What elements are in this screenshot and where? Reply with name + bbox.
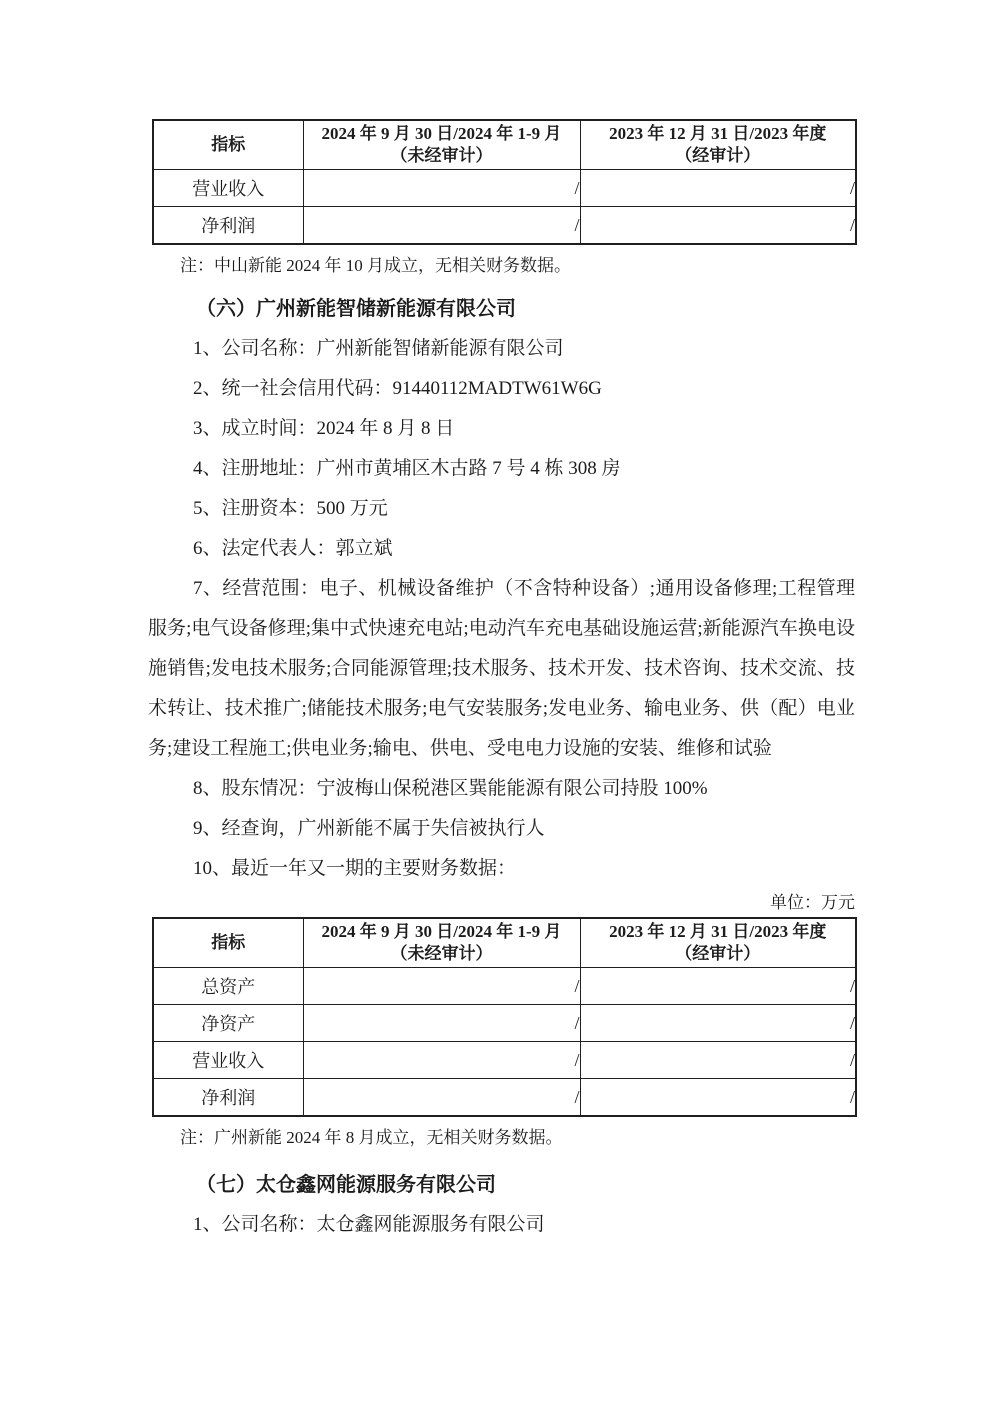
- header-2024-line1: 2024 年 9 月 30 日/2024 年 1-9 月: [304, 921, 580, 943]
- header-2023-line1: 2023 年 12 月 31 日/2023 年度: [581, 921, 856, 943]
- header-indicator: 指标: [153, 918, 303, 968]
- header-2023-period: 2023 年 12 月 31 日/2023 年度 （经审计）: [580, 120, 856, 170]
- financial-table-guangzhou: 指标 2024 年 9 月 30 日/2024 年 1-9 月 （未经审计） 2…: [152, 917, 857, 1117]
- table-header-row: 指标 2024 年 9 月 30 日/2024 年 1-9 月 （未经审计） 2…: [153, 120, 856, 170]
- header-2024-period: 2024 年 9 月 30 日/2024 年 1-9 月 （未经审计）: [303, 918, 580, 968]
- header-2023-line2: （经审计）: [581, 943, 856, 965]
- table-row: 总资产 / /: [153, 968, 856, 1005]
- table-note-zhongshan: 注：中山新能 2024 年 10 月成立，无相关财务数据。: [148, 251, 855, 281]
- row-label: 总资产: [153, 968, 303, 1005]
- row-value-2023: /: [580, 207, 856, 245]
- row-label: 营业收入: [153, 170, 303, 207]
- item-credit-check: 9、经查询，广州新能不属于失信被执行人: [148, 809, 855, 849]
- table-note-guangzhou: 注：广州新能 2024 年 8 月成立，无相关财务数据。: [148, 1123, 855, 1153]
- row-value-2024: /: [303, 207, 580, 245]
- table-row: 净利润 / /: [153, 207, 856, 245]
- document-page: 指标 2024 年 9 月 30 日/2024 年 1-9 月 （未经审计） 2…: [0, 0, 1000, 1414]
- item-registered-capital: 5、注册资本：500 万元: [148, 489, 855, 529]
- header-2024-line2: （未经审计）: [304, 943, 580, 965]
- table-header-row: 指标 2024 年 9 月 30 日/2024 年 1-9 月 （未经审计） 2…: [153, 918, 856, 968]
- header-2024-period: 2024 年 9 月 30 日/2024 年 1-9 月 （未经审计）: [303, 120, 580, 170]
- row-value-2023: /: [580, 968, 856, 1005]
- item-registered-address: 4、注册地址：广州市黄埔区木古路 7 号 4 栋 308 房: [148, 449, 855, 489]
- item-founding-date: 3、成立时间：2024 年 8 月 8 日: [148, 409, 855, 449]
- item-company-name: 1、公司名称：广州新能智储新能源有限公司: [148, 329, 855, 369]
- item-legal-representative: 6、法定代表人：郭立斌: [148, 529, 855, 569]
- row-label: 营业收入: [153, 1042, 303, 1079]
- unit-label: 单位：万元: [148, 889, 855, 917]
- header-2023-period: 2023 年 12 月 31 日/2023 年度 （经审计）: [580, 918, 856, 968]
- section-heading-7: （七）太仓鑫网能源服务有限公司: [148, 1165, 855, 1205]
- row-value-2024: /: [303, 1079, 580, 1117]
- header-2023-line2: （经审计）: [581, 145, 856, 167]
- table-row: 营业收入 / /: [153, 170, 856, 207]
- row-value-2024: /: [303, 170, 580, 207]
- row-label: 净资产: [153, 1005, 303, 1042]
- row-label: 净利润: [153, 207, 303, 245]
- header-2024-line2: （未经审计）: [304, 145, 580, 167]
- row-value-2024: /: [303, 968, 580, 1005]
- row-value-2023: /: [580, 1079, 856, 1117]
- row-value-2024: /: [303, 1042, 580, 1079]
- row-value-2024: /: [303, 1005, 580, 1042]
- item-credit-code: 2、统一社会信用代码：91440112MADTW61W6G: [148, 369, 855, 409]
- table-row: 营业收入 / /: [153, 1042, 856, 1079]
- section-heading-6: （六）广州新能智储新能源有限公司: [148, 289, 855, 329]
- header-indicator: 指标: [153, 120, 303, 170]
- document-content: 指标 2024 年 9 月 30 日/2024 年 1-9 月 （未经审计） 2…: [148, 119, 855, 1245]
- item-company-name: 1、公司名称：太仓鑫网能源服务有限公司: [148, 1205, 855, 1245]
- item-financial-data-intro: 10、最近一年又一期的主要财务数据：: [148, 849, 855, 889]
- item-business-scope: 7、经营范围：电子、机械设备维护（不含特种设备）;通用设备修理;工程管理服务;电…: [148, 569, 855, 769]
- financial-table-zhongshan: 指标 2024 年 9 月 30 日/2024 年 1-9 月 （未经审计） 2…: [152, 119, 857, 245]
- row-value-2023: /: [580, 170, 856, 207]
- table-row: 净利润 / /: [153, 1079, 856, 1117]
- table-row: 净资产 / /: [153, 1005, 856, 1042]
- header-2024-line1: 2024 年 9 月 30 日/2024 年 1-9 月: [304, 123, 580, 145]
- row-value-2023: /: [580, 1005, 856, 1042]
- row-label: 净利润: [153, 1079, 303, 1117]
- header-2023-line1: 2023 年 12 月 31 日/2023 年度: [581, 123, 856, 145]
- row-value-2023: /: [580, 1042, 856, 1079]
- item-shareholders: 8、股东情况：宁波梅山保税港区巽能能源有限公司持股 100%: [148, 769, 855, 809]
